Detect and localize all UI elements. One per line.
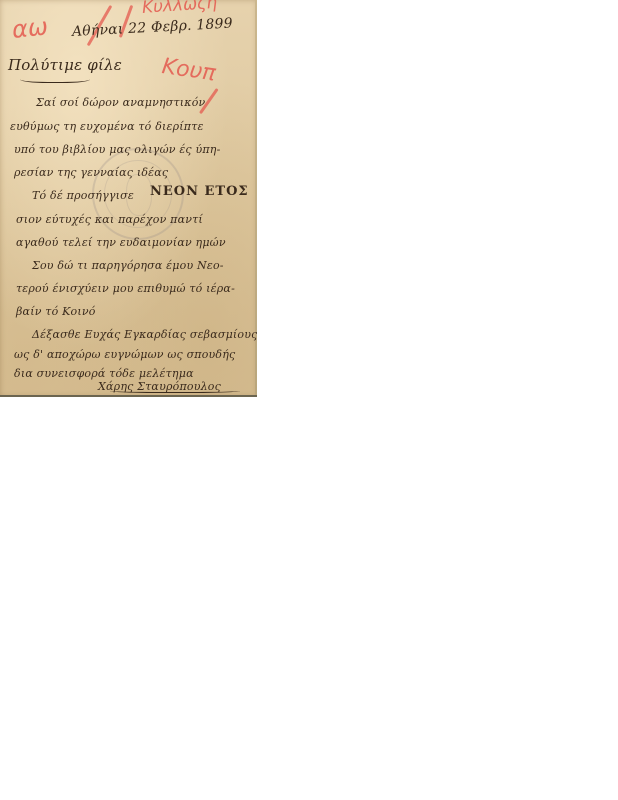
body-line: ως δ' αποχώρω ευγνώμων ως σπουδής [14,348,235,361]
red-annotation-left-top: αω [11,12,50,44]
image-canvas: Κυλλώζη αω Κουπ Αθήναι 22 Φεβρ. 1899 Πολ… [0,0,618,800]
body-line: σιον εύτυχές και παρέχον παντί [16,213,203,226]
body-line: υπό του βιβλίου μας ολιγών ές ύπη- [14,143,221,156]
body-line: ρεσίαν της γενναίας ιδέας [14,166,168,179]
letter-date: Αθήναι 22 Φεβρ. 1899 [72,16,234,40]
body-line: Σου δώ τι παρηγόρησα έμου Νεο- [32,259,224,272]
signature-flourish [110,388,240,393]
body-line: Δέξασθε Ευχάς Εγκαρδίας σεβασμίους, [32,328,257,341]
body-line: τερού ένισχύειν μου επιθυμώ τό ιέρα- [16,282,235,295]
body-line: Σαί σοί δώρον αναμνηστικόν [36,96,205,109]
body-line: βαίν τό Κοινό [16,305,96,318]
body-line: ευθύμως τη ευχομένα τό διερίπτε [10,120,204,133]
body-line: δια συνεισφορά τόδε μελέτημα [14,367,194,380]
body-line: Τό δέ προσήγγισε [32,189,134,202]
letter-salutation: Πολύτιμε φίλε [8,56,122,74]
red-annotation-top-right: Κυλλώζη [141,0,218,18]
emphasized-word: ΝΕΟΝ ΕΤΟΣ [150,184,249,199]
body-line: αγαθού τελεί την ευδαιμονίαν ημών [16,236,226,249]
letter-paper: Κυλλώζη αω Κουπ Αθήναι 22 Φεβρ. 1899 Πολ… [0,0,257,397]
red-annotation-right-mid: Κουπ [160,54,217,86]
salutation-flourish [20,74,90,83]
